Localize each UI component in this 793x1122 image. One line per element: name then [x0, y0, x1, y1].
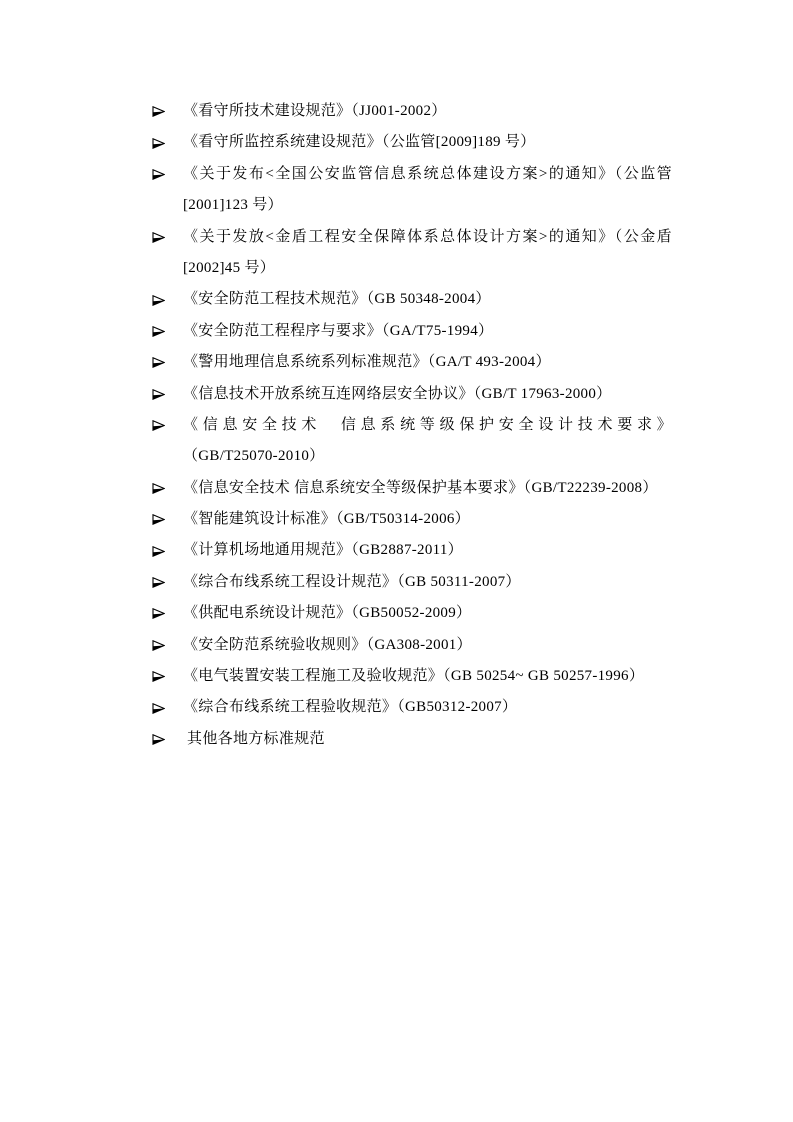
list-item-text: 《综合布线系统工程设计规范》（GB 50311-2007） [183, 567, 672, 598]
list-item: 《综合布线系统工程验收规范》（GB50312-2007） [152, 692, 672, 723]
list-item: 《综合布线系统工程设计规范》（GB 50311-2007） [152, 567, 672, 598]
list-item-text: 《供配电系统设计规范》（GB50052-2009） [183, 598, 672, 629]
list-item: 《计算机场地通用规范》（GB2887-2011） [152, 535, 672, 566]
list-item-line: 《关于发放<金盾工程安全保障体系总体设计方案>的通知》（公金盾 [183, 222, 672, 253]
list-item-line: 《关于发布<全国公安监管信息系统总体建设方案>的通知》（公监管 [183, 159, 672, 190]
arrow-bullet-icon [152, 127, 183, 158]
list-item-text: 《计算机场地通用规范》（GB2887-2011） [183, 535, 672, 566]
arrow-bullet-icon [152, 504, 183, 535]
list-item: 《安全防范工程技术规范》（GB 50348-2004） [152, 284, 672, 315]
list-item-text: 《安全防范工程程序与要求》（GA/T75-1994） [183, 316, 672, 347]
list-item: 《看守所技术建设规范》（JJ001-2002） [152, 96, 672, 127]
list-item-line: 《安全防范工程技术规范》（GB 50348-2004） [183, 284, 672, 315]
list-item-text: 《安全防范系统验收规则》（GA308-2001） [183, 630, 672, 661]
list-item-line: 《看守所技术建设规范》（JJ001-2002） [183, 96, 672, 127]
arrow-bullet-icon [152, 379, 183, 410]
list-item-line: 《安全防范工程程序与要求》（GA/T75-1994） [183, 316, 672, 347]
list-item-line: 《信息安全技术 信息系统等级保护安全设计技术要求》 [183, 410, 672, 441]
list-item-line: [2002]45 号） [183, 253, 672, 284]
arrow-bullet-icon [152, 692, 183, 723]
list-item-text: 《看守所技术建设规范》（JJ001-2002） [183, 96, 672, 127]
list-item-line: 《安全防范系统验收规则》（GA308-2001） [183, 630, 672, 661]
list-item-text: 《安全防范工程技术规范》（GB 50348-2004） [183, 284, 672, 315]
list-item-line: 《综合布线系统工程设计规范》（GB 50311-2007） [183, 567, 672, 598]
page: 《看守所技术建设规范》（JJ001-2002） 《看守所监控系统建设规范》（公监… [0, 0, 793, 1122]
list-item: 《电气装置安装工程施工及验收规范》（GB 50254~ GB 50257-199… [152, 661, 672, 692]
list-item-text: 《信息安全技术 信息系统安全等级保护基本要求》（GB/T22239-2008） [183, 473, 672, 504]
arrow-bullet-icon [152, 159, 183, 190]
arrow-bullet-icon [152, 598, 183, 629]
list-item-line: [2001]123 号） [183, 190, 672, 221]
list-item-text: 《电气装置安装工程施工及验收规范》（GB 50254~ GB 50257-199… [183, 661, 672, 692]
list-item-text: 《信息技术开放系统互连网络层安全协议》（GB/T 17963-2000） [183, 379, 672, 410]
list-item-text: 《智能建筑设计标准》（GB/T50314-2006） [183, 504, 672, 535]
arrow-bullet-icon [152, 661, 183, 692]
list-item-text: 《关于发布<全国公安监管信息系统总体建设方案>的通知》（公监管[2001]123… [183, 159, 672, 222]
list-item-text: 《警用地理信息系统系列标准规范》（GA/T 493-2004） [183, 347, 672, 378]
list-item-line: 《信息安全技术 信息系统安全等级保护基本要求》（GB/T22239-2008） [183, 473, 672, 504]
arrow-bullet-icon [152, 284, 183, 315]
list-item: 《安全防范工程程序与要求》（GA/T75-1994） [152, 316, 672, 347]
list-item-line: （GB/T25070-2010） [183, 441, 672, 472]
arrow-bullet-icon [152, 410, 183, 441]
list-item: 《智能建筑设计标准》（GB/T50314-2006） [152, 504, 672, 535]
arrow-bullet-icon [152, 567, 183, 598]
list-item: 《信息技术开放系统互连网络层安全协议》（GB/T 17963-2000） [152, 379, 672, 410]
list-item-line: 《计算机场地通用规范》（GB2887-2011） [183, 535, 672, 566]
list-item-line: 《综合布线系统工程验收规范》（GB50312-2007） [183, 692, 672, 723]
list-item: 《看守所监控系统建设规范》（公监管[2009]189 号） [152, 127, 672, 158]
list-item-line: 《供配电系统设计规范》（GB50052-2009） [183, 598, 672, 629]
list-item-line: 《看守所监控系统建设规范》（公监管[2009]189 号） [183, 127, 672, 158]
arrow-bullet-icon [152, 222, 183, 253]
list-item: 其他各地方标准规范 [152, 724, 672, 755]
list-item: 《警用地理信息系统系列标准规范》（GA/T 493-2004） [152, 347, 672, 378]
list-item: 《关于发布<全国公安监管信息系统总体建设方案>的通知》（公监管[2001]123… [152, 159, 672, 222]
arrow-bullet-icon [152, 316, 183, 347]
arrow-bullet-icon [152, 535, 183, 566]
list-item: 《安全防范系统验收规则》（GA308-2001） [152, 630, 672, 661]
arrow-bullet-icon [152, 473, 183, 504]
arrow-bullet-icon [152, 724, 183, 755]
standards-list: 《看守所技术建设规范》（JJ001-2002） 《看守所监控系统建设规范》（公监… [152, 96, 672, 755]
list-item-text: 其他各地方标准规范 [183, 724, 672, 755]
list-item: 《关于发放<金盾工程安全保障体系总体设计方案>的通知》（公金盾[2002]45 … [152, 222, 672, 285]
list-item-text: 《关于发放<金盾工程安全保障体系总体设计方案>的通知》（公金盾[2002]45 … [183, 222, 672, 285]
arrow-bullet-icon [152, 630, 183, 661]
list-item: 《供配电系统设计规范》（GB50052-2009） [152, 598, 672, 629]
list-item-line: 《警用地理信息系统系列标准规范》（GA/T 493-2004） [183, 347, 672, 378]
list-item-line: 其他各地方标准规范 [183, 724, 672, 755]
list-item-line: 《电气装置安装工程施工及验收规范》（GB 50254~ GB 50257-199… [183, 661, 672, 692]
list-item-line: 《信息技术开放系统互连网络层安全协议》（GB/T 17963-2000） [183, 379, 672, 410]
list-item-text: 《综合布线系统工程验收规范》（GB50312-2007） [183, 692, 672, 723]
list-item: 《信息安全技术 信息系统安全等级保护基本要求》（GB/T22239-2008） [152, 473, 672, 504]
list-item-text: 《信息安全技术 信息系统等级保护安全设计技术要求》（GB/T25070-2010… [183, 410, 672, 473]
list-item-text: 《看守所监控系统建设规范》（公监管[2009]189 号） [183, 127, 672, 158]
arrow-bullet-icon [152, 96, 183, 127]
list-item-line: 《智能建筑设计标准》（GB/T50314-2006） [183, 504, 672, 535]
arrow-bullet-icon [152, 347, 183, 378]
list-item: 《信息安全技术 信息系统等级保护安全设计技术要求》（GB/T25070-2010… [152, 410, 672, 473]
